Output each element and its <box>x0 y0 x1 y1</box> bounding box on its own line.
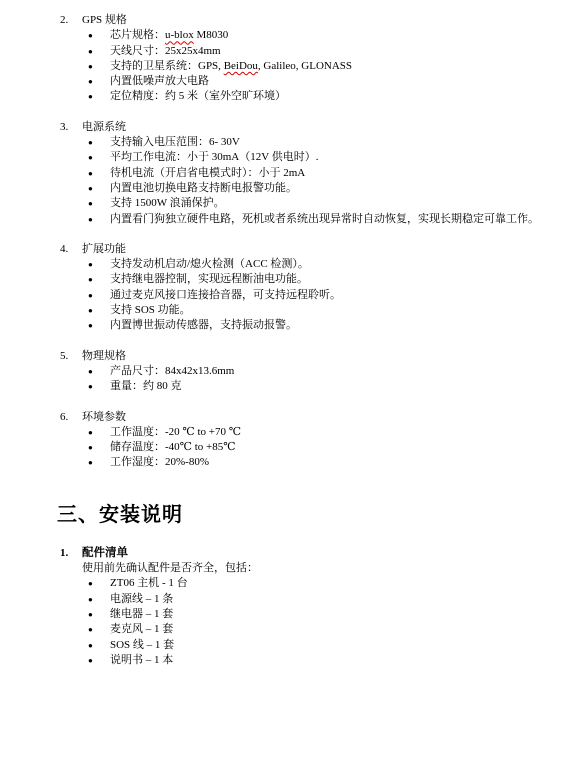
list-item: ●说明书 – 1 本 <box>88 653 565 668</box>
document-body: 2.GPS 规格 ●芯片规格：u-blox M8030 ●天线尺寸：25x25x… <box>0 0 583 668</box>
list-item-text: 工作温度：-20 ℃ to +70 ℃ <box>110 425 241 440</box>
text-run: 继电器 – 1 套 <box>110 608 173 620</box>
list-item: ●平均工作电流：小于 30mA（12V 供电时）. <box>88 150 565 165</box>
section-heading: 3.电源系统 <box>60 120 565 135</box>
section-heading: 6.环境参数 <box>60 410 565 425</box>
list-item: ●储存温度：-40℃ to +85℃ <box>88 440 565 455</box>
list-item-text: 支持继电器控制，实现远程断油电功能。 <box>110 272 308 287</box>
text-run: 支持输入电压范围：6- 30V <box>110 136 240 148</box>
bullet-icon: ● <box>88 150 110 165</box>
list-item-text: 支持发动机启动/熄火检测（ACC 检测）。 <box>110 257 309 272</box>
list-item: ●ZT06 主机 - 1 台 <box>88 576 565 591</box>
text-run: 支持继电器控制，实现远程断油电功能。 <box>110 273 308 285</box>
bullet-icon: ● <box>88 181 110 196</box>
list-item: ●支持 SOS 功能。 <box>88 303 565 318</box>
document-page: { "page": { "background": "#ffffff", "te… <box>0 0 583 763</box>
bullet-list: ●工作温度：-20 ℃ to +70 ℃ ●储存温度：-40℃ to +85℃ … <box>60 425 565 471</box>
text-run: 电源线 – 1 条 <box>110 593 173 605</box>
bullet-icon: ● <box>88 257 110 272</box>
numbered-section: 3.电源系统 ●支持输入电压范围：6- 30V ●平均工作电流：小于 30mA（… <box>60 120 565 227</box>
text-run: 内置看门狗独立硬件电路，死机或者系统出现异常时自动恢复，实现长期稳定可靠工作。 <box>110 213 539 225</box>
section-title: GPS 规格 <box>82 14 127 26</box>
text-run: SOS 线 – 1 套 <box>110 639 174 651</box>
section-heading: 5.物理规格 <box>60 349 565 364</box>
list-item-text: 支持 1500W 浪涌保护。 <box>110 196 225 211</box>
bullet-list: ●支持输入电压范围：6- 30V ●平均工作电流：小于 30mA（12V 供电时… <box>60 135 565 227</box>
intro-text: 使用前先确认配件是否齐全，包括： <box>82 561 565 576</box>
section-number: 6. <box>60 410 82 425</box>
list-item: ●通过麦克风接口连接拾音器，可支持远程聆听。 <box>88 288 565 303</box>
list-item-text: 支持 SOS 功能。 <box>110 303 191 318</box>
bullet-icon: ● <box>88 74 110 89</box>
section-number: 4. <box>60 242 82 257</box>
bullet-list: ●支持发动机启动/熄火检测（ACC 检测）。 ●支持继电器控制，实现远程断油电功… <box>60 257 565 333</box>
numbered-section: 2.GPS 规格 ●芯片规格：u-blox M8030 ●天线尺寸：25x25x… <box>60 13 565 105</box>
list-item-text: 待机电流（开启省电模式时）：小于 2mA <box>110 166 305 181</box>
text-run: 支持发动机启动/熄火检测（ACC 检测）。 <box>110 258 309 270</box>
text-run: 支持 SOS 功能。 <box>110 304 191 316</box>
numbered-section: 6.环境参数 ●工作温度：-20 ℃ to +70 ℃ ●储存温度：-40℃ t… <box>60 410 565 471</box>
bullet-icon: ● <box>88 592 110 607</box>
list-item: ●内置电池切换电路支持断电报警功能。 <box>88 181 565 196</box>
text-run: 内置电池切换电路支持断电报警功能。 <box>110 182 297 194</box>
list-item: ●支持继电器控制，实现远程断油电功能。 <box>88 272 565 287</box>
bullet-icon: ● <box>88 576 110 591</box>
text-run: 平均工作电流：小于 30mA（12V 供电时）. <box>110 151 319 163</box>
text-run: 芯片规格： <box>110 29 165 41</box>
list-item-text: 麦克风 – 1 套 <box>110 622 173 637</box>
section-number: 2. <box>60 13 82 28</box>
bullet-icon: ● <box>88 607 110 622</box>
section-title: 电源系统 <box>82 121 126 133</box>
text-run: 定位精度：约 5 米（室外空旷环境） <box>110 90 286 102</box>
bullet-icon: ● <box>88 379 110 394</box>
list-item-text: 内置电池切换电路支持断电报警功能。 <box>110 181 297 196</box>
list-item-text: 工作湿度：20%-80% <box>110 455 209 470</box>
text-run: 麦克风 – 1 套 <box>110 623 173 635</box>
text-run: , Galileo, GLONASS <box>258 60 352 72</box>
chapter-heading: 三、安装说明 <box>57 502 565 529</box>
list-item: ●重量：约 80 克 <box>88 379 565 394</box>
bullet-icon: ● <box>88 303 110 318</box>
bullet-icon: ● <box>88 455 110 470</box>
list-item: ●内置博世振动传感器，支持振动报警。 <box>88 318 565 333</box>
text-run: 内置低噪声放大电路 <box>110 75 209 87</box>
text-run: 天线尺寸：25x25x4mm <box>110 45 221 57</box>
bullet-icon: ● <box>88 288 110 303</box>
list-item: ●支持的卫星系统：GPS, BeiDou, Galileo, GLONASS <box>88 59 565 74</box>
section-title: 扩展功能 <box>82 243 126 255</box>
list-item-text: 芯片规格：u-blox M8030 <box>110 28 228 43</box>
text-run: 产品尺寸：84x42x13.6mm <box>110 365 234 377</box>
bullet-list: ●芯片规格：u-blox M8030 ●天线尺寸：25x25x4mm ●支持的卫… <box>60 28 565 104</box>
section-number: 5. <box>60 349 82 364</box>
numbered-section: 4.扩展功能 ●支持发动机启动/熄火检测（ACC 检测）。 ●支持继电器控制，实… <box>60 242 565 334</box>
list-item: ●定位精度：约 5 米（室外空旷环境） <box>88 89 565 104</box>
list-item: ●工作湿度：20%-80% <box>88 455 565 470</box>
list-item: ●待机电流（开启省电模式时）：小于 2mA <box>88 166 565 181</box>
text-run: 支持 1500W 浪涌保护。 <box>110 197 225 209</box>
subsection-heading: 1.配件清单 <box>60 546 565 561</box>
list-item-text: 通过麦克风接口连接拾音器，可支持远程聆听。 <box>110 288 341 303</box>
list-item-text: 内置博世振动传感器，支持振动报警。 <box>110 318 297 333</box>
section-number: 3. <box>60 120 82 135</box>
list-item-text: SOS 线 – 1 套 <box>110 638 174 653</box>
list-item: ●芯片规格：u-blox M8030 <box>88 28 565 43</box>
list-item-text: 支持输入电压范围：6- 30V <box>110 135 240 150</box>
list-item: ●支持 1500W 浪涌保护。 <box>88 196 565 211</box>
list-item: ●继电器 – 1 套 <box>88 607 565 622</box>
list-item: ●产品尺寸：84x42x13.6mm <box>88 364 565 379</box>
list-item: ●内置看门狗独立硬件电路，死机或者系统出现异常时自动恢复，实现长期稳定可靠工作。 <box>88 212 565 227</box>
bullet-icon: ● <box>88 196 110 211</box>
text-run: 工作湿度：20%-80% <box>110 456 209 468</box>
bullet-list: ●产品尺寸：84x42x13.6mm ●重量：约 80 克 <box>60 364 565 395</box>
bullet-icon: ● <box>88 653 110 668</box>
list-item-text: ZT06 主机 - 1 台 <box>110 576 188 591</box>
list-item-text: 天线尺寸：25x25x4mm <box>110 44 221 59</box>
section-title: 物理规格 <box>82 350 126 362</box>
section-title: 环境参数 <box>82 411 126 423</box>
list-item-text: 内置看门狗独立硬件电路，死机或者系统出现异常时自动恢复，实现长期稳定可靠工作。 <box>110 212 539 227</box>
section-heading: 2.GPS 规格 <box>60 13 565 28</box>
text-run: 支持的卫星系统：GPS, <box>110 60 224 72</box>
text-run: 工作温度：-20 ℃ to +70 ℃ <box>110 426 241 438</box>
list-item: ●SOS 线 – 1 套 <box>88 638 565 653</box>
subsection: 1.配件清单 使用前先确认配件是否齐全，包括： ●ZT06 主机 - 1 台 ●… <box>60 546 565 668</box>
bullet-icon: ● <box>88 135 110 150</box>
text-run: 说明书 – 1 本 <box>110 654 173 666</box>
bullet-icon: ● <box>88 272 110 287</box>
list-item-text: 支持的卫星系统：GPS, BeiDou, Galileo, GLONASS <box>110 59 352 74</box>
bullet-list: ●ZT06 主机 - 1 台 ●电源线 – 1 条 ●继电器 – 1 套 ●麦克… <box>60 576 565 668</box>
section-heading: 4.扩展功能 <box>60 242 565 257</box>
list-item: ●天线尺寸：25x25x4mm <box>88 44 565 59</box>
text-run: M8030 <box>194 29 229 41</box>
bullet-icon: ● <box>88 440 110 455</box>
list-item: ●支持发动机启动/熄火检测（ACC 检测）。 <box>88 257 565 272</box>
list-item-text: 储存温度：-40℃ to +85℃ <box>110 440 236 455</box>
list-item-text: 平均工作电流：小于 30mA（12V 供电时）. <box>110 150 319 165</box>
list-item-text: 重量：约 80 克 <box>110 379 182 394</box>
bullet-icon: ● <box>88 622 110 637</box>
list-item: ●工作温度：-20 ℃ to +70 ℃ <box>88 425 565 440</box>
list-item-text: 定位精度：约 5 米（室外空旷环境） <box>110 89 286 104</box>
bullet-icon: ● <box>88 28 110 43</box>
list-item-text: 产品尺寸：84x42x13.6mm <box>110 364 234 379</box>
bullet-icon: ● <box>88 364 110 379</box>
list-item: ●电源线 – 1 条 <box>88 592 565 607</box>
list-item-text: 说明书 – 1 本 <box>110 653 173 668</box>
text-run: 储存温度：-40℃ to +85℃ <box>110 441 236 453</box>
bullet-icon: ● <box>88 638 110 653</box>
list-item: ●内置低噪声放大电路 <box>88 74 565 89</box>
list-item-text: 内置低噪声放大电路 <box>110 74 209 89</box>
misspelled-word: u-blox <box>165 29 194 41</box>
list-item: ●麦克风 – 1 套 <box>88 622 565 637</box>
list-item-text: 继电器 – 1 套 <box>110 607 173 622</box>
bullet-icon: ● <box>88 166 110 181</box>
text-run: 重量：约 80 克 <box>110 380 182 392</box>
bullet-icon: ● <box>88 212 110 227</box>
text-run: 通过麦克风接口连接拾音器，可支持远程聆听。 <box>110 289 341 301</box>
subsection-title: 配件清单 <box>82 547 128 559</box>
bullet-icon: ● <box>88 59 110 74</box>
bullet-icon: ● <box>88 89 110 104</box>
text-run: 待机电流（开启省电模式时）：小于 2mA <box>110 167 305 179</box>
list-item: ●支持输入电压范围：6- 30V <box>88 135 565 150</box>
text-run: ZT06 主机 - 1 台 <box>110 577 188 589</box>
list-item-text: 电源线 – 1 条 <box>110 592 173 607</box>
subsection-number: 1. <box>60 546 82 561</box>
bullet-icon: ● <box>88 318 110 333</box>
text-run: 内置博世振动传感器，支持振动报警。 <box>110 319 297 331</box>
bullet-icon: ● <box>88 425 110 440</box>
bullet-icon: ● <box>88 44 110 59</box>
numbered-section: 5.物理规格 ●产品尺寸：84x42x13.6mm ●重量：约 80 克 <box>60 349 565 395</box>
misspelled-word: BeiDou <box>224 60 258 72</box>
